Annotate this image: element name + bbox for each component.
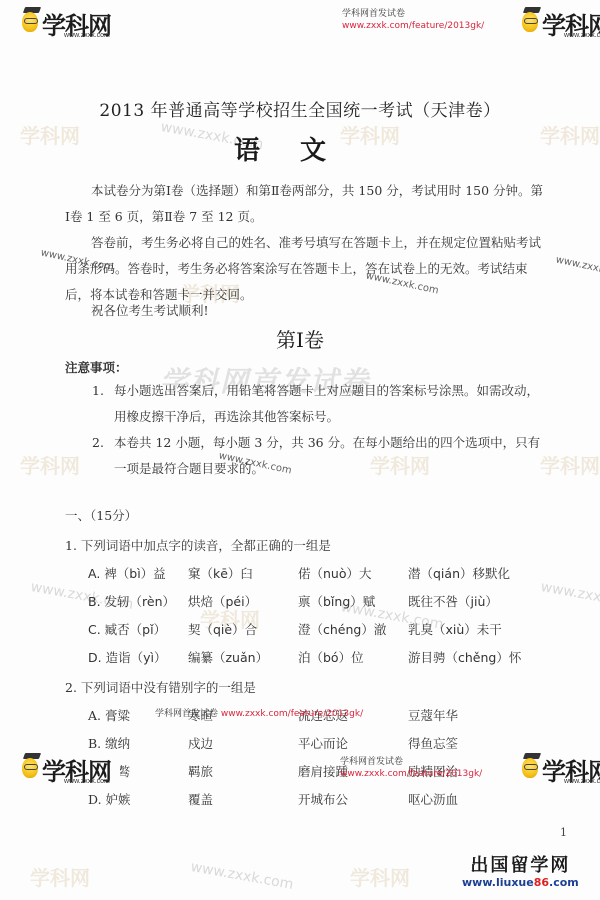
option-word: 戍边 bbox=[188, 734, 213, 752]
exam-title: 2013 年普通高等学校招生全国统一考试（天津卷） bbox=[0, 96, 600, 121]
option-word: 开城布公 bbox=[298, 790, 348, 808]
stamp-title: 学科网首发试卷 bbox=[340, 756, 482, 768]
footer-brand-url[interactable]: www.liuxue86.com bbox=[462, 876, 579, 890]
option-word: 乳臭（xiù）未干 bbox=[408, 620, 502, 638]
section-title: 第Ⅰ卷 bbox=[0, 324, 600, 353]
option-word: 偌（nuò）大 bbox=[298, 564, 372, 582]
option-word: 平心而论 bbox=[298, 734, 348, 752]
footer-brand[interactable]: 出国留学网 www.liuxue86.com bbox=[462, 856, 579, 890]
zxxk-logo-mid-right: 学科网 www.zxxk.com bbox=[520, 750, 600, 790]
note-number: 2. bbox=[92, 430, 104, 456]
option-row-b: B. 发轫（rèn） 烘焙（péi） 禀（bǐng）赋 既往不咎（jiù） bbox=[88, 592, 568, 612]
option-row-c: C. 臧否（pǐ） 契（qiè）合 澄（chéng）澈 乳臭（xiù）未干 bbox=[88, 620, 568, 640]
option-word: 呕心沥血 bbox=[408, 790, 458, 808]
option-label-word: D. 造诣（yì） bbox=[88, 648, 166, 666]
url-highlight: 86 bbox=[534, 876, 549, 889]
watermark-logo: 学科网 bbox=[350, 862, 410, 891]
logo-url: www.zxxk.com bbox=[564, 778, 600, 785]
option-word: 禀（bǐng）赋 bbox=[298, 592, 375, 610]
logo-url: www.zxxk.com bbox=[64, 32, 110, 39]
option-word: 窠（kē）臼 bbox=[188, 564, 253, 582]
option-row-a: A. 裨（bì）益 窠（kē）臼 偌（nuò）大 潜（qián）移默化 bbox=[88, 564, 568, 584]
subject-title: 语文 bbox=[0, 130, 600, 167]
stamp-url: www.zxxk.com/feature/2013gk/ bbox=[340, 768, 482, 780]
note-text: 每小题选出答案后，用铅笔将答题卡上对应题目的答案标号涂黑。如需改动，用橡皮擦干净… bbox=[92, 378, 547, 430]
notes-label: 注意事项： bbox=[65, 358, 128, 376]
intro-paragraph: 祝各位考生考试顺利! bbox=[65, 298, 545, 324]
note-number: 1. bbox=[92, 378, 104, 404]
zxxk-logo-top-left: 学科网 www.zxxk.com bbox=[20, 4, 120, 44]
watermark-logo: 学科网 bbox=[30, 862, 90, 891]
option-label-word: A. 裨（bì）益 bbox=[88, 564, 166, 582]
watermark-logo: 学科网 bbox=[20, 450, 80, 479]
glasses-icon bbox=[524, 764, 538, 770]
intro-paragraph: 答卷前，考生务必将自己的姓名、准考号填写在答题卡上，并在规定位置粘贴考试用条形码… bbox=[65, 230, 545, 308]
option-word: 游目骋（chěng）怀 bbox=[408, 648, 521, 666]
zxxk-logo-top-right: 学科网 www.zxxk.com bbox=[520, 4, 600, 44]
stamp-title: 学科网首发试卷 bbox=[155, 709, 218, 719]
option-word: 得鱼忘筌 bbox=[408, 734, 458, 752]
url-suffix: .com bbox=[549, 876, 579, 889]
note-item: 2. 本卷共 12 小题，每小题 3 分，共 36 分。在每小题给出的四个选项中… bbox=[92, 430, 547, 482]
option-word: 羁旅 bbox=[188, 762, 213, 780]
option-row-d: D. 妒嫉 覆盖 开城布公 呕心沥血 bbox=[88, 790, 568, 810]
footer-brand-name: 出国留学网 bbox=[462, 856, 579, 876]
stamp-url: www.zxxk.com/feature/2013gk/ bbox=[221, 709, 363, 719]
url-prefix: www.liuxue bbox=[462, 876, 534, 889]
watermark-url: www.zxxk.com bbox=[555, 254, 600, 280]
page-number: 1 bbox=[560, 826, 567, 839]
intro-paragraph: 本试卷分为第Ⅰ卷（选择题）和第Ⅱ卷两部分，共 150 分，考试用时 150 分钟… bbox=[65, 178, 545, 230]
inline-notice-stamp: 学科网首发试卷 www.zxxk.com/feature/2013gk/ bbox=[155, 708, 363, 720]
option-row-d: D. 造诣（yì） 编纂（zuǎn） 泊（bó）位 游目骋（chěng）怀 bbox=[88, 648, 568, 668]
inline-notice-stamp: 学科网首发试卷 www.zxxk.com/feature/2013gk/ bbox=[340, 756, 482, 780]
option-word: 豆蔻年华 bbox=[408, 706, 458, 724]
option-label-word: A. 膏粱 bbox=[88, 706, 130, 724]
note-text: 本卷共 12 小题，每小题 3 分，共 36 分。在每小题给出的四个选项中，只有… bbox=[92, 430, 547, 482]
option-row-b: B. 缴纳 戍边 平心而论 得鱼忘筌 bbox=[88, 734, 568, 754]
option-word: 澄（chéng）澈 bbox=[298, 620, 386, 638]
option-word: 覆盖 bbox=[188, 790, 213, 808]
option-label-word: D. 妒嫉 bbox=[88, 790, 131, 808]
logo-url: www.zxxk.com bbox=[564, 32, 600, 39]
logo-url: www.zxxk.com bbox=[64, 778, 110, 785]
option-row-c: C. 桀骜 羁旅 磨肩接踵 励精图治 bbox=[88, 762, 568, 782]
header-notice-url[interactable]: www.zxxk.com/feature/2013gk/ bbox=[342, 20, 484, 32]
glasses-icon bbox=[24, 764, 38, 770]
note-item: 1. 每小题选出答案后，用铅笔将答题卡上对应题目的答案标号涂黑。如需改动，用橡皮… bbox=[92, 378, 547, 430]
part-title: 一、（15分） bbox=[65, 506, 137, 524]
zxxk-logo-mid-left: 学科网 www.zxxk.com bbox=[20, 750, 120, 790]
header-notice-title: 学科网首发试卷 bbox=[342, 8, 484, 20]
watermark-url: www.zxxk.com bbox=[189, 859, 294, 893]
header-notice: 学科网首发试卷 www.zxxk.com/feature/2013gk/ bbox=[342, 8, 484, 32]
option-word: 潜（qián）移默化 bbox=[408, 564, 510, 582]
question-stem: 2. 下列词语中没有错别字的一组是 bbox=[65, 678, 256, 696]
option-word: 契（qiè）合 bbox=[188, 620, 257, 638]
option-word: 泊（bó）位 bbox=[298, 648, 364, 666]
option-label-word: B. 发轫（rèn） bbox=[88, 592, 175, 610]
glasses-icon bbox=[24, 18, 38, 24]
option-word: 既往不咎（jiù） bbox=[408, 592, 498, 610]
option-word: 烘焙（péi） bbox=[188, 592, 257, 610]
watermark-logo: 学科网 bbox=[540, 450, 600, 479]
option-label-word: C. 臧否（pǐ） bbox=[88, 620, 166, 638]
option-word: 编纂（zuǎn） bbox=[188, 648, 268, 666]
question-stem: 1. 下列词语中加点字的读音，全都正确的一组是 bbox=[65, 536, 331, 554]
glasses-icon bbox=[524, 18, 538, 24]
